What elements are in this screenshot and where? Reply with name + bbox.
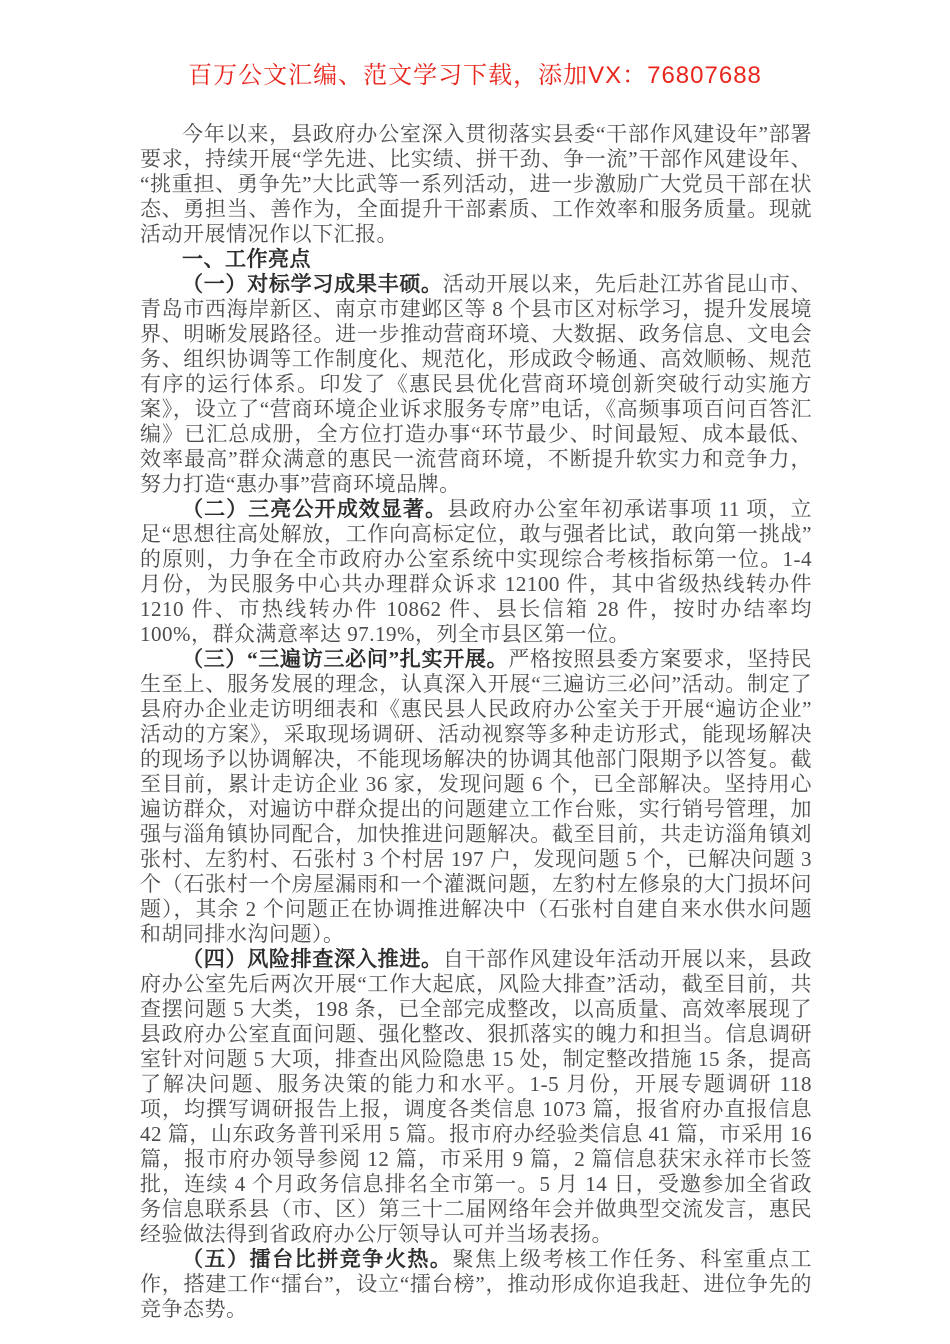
document-page: 百万公文汇编、范文学习下载，添加VX：76807688 今年以来，县政府办公室深… [0, 0, 950, 1344]
item-paragraph-5: （五）擂台比拼竞争火热。聚焦上级考核工作任务、科室重点工作，搭建工作“擂台”，设… [140, 1247, 812, 1322]
intro-paragraph: 今年以来，县政府办公室深入贯彻落实县委“干部作风建设年”部署要求，持续开展“学先… [140, 122, 812, 247]
item-4-lead: （四）风险排查深入推进。 [182, 947, 443, 971]
item-paragraph-3: （三）“三遍访三必问”扎实开展。严格按照县委方案要求，坚持民生至上、服务发展的理… [140, 647, 812, 947]
section-heading: 一、工作亮点 [140, 247, 812, 272]
item-paragraph-4: （四）风险排查深入推进。自干部作风建设年活动开展以来，县政府办公室先后两次开展“… [140, 947, 812, 1247]
document-body: 今年以来，县政府办公室深入贯彻落实县委“干部作风建设年”部署要求，持续开展“学先… [140, 122, 812, 1322]
item-paragraph-1: （一）对标学习成果丰硕。活动开展以来，先后赴江苏省昆山市、青岛市西海岸新区、南京… [140, 272, 812, 497]
promo-banner: 百万公文汇编、范文学习下载，添加VX：76807688 [0, 0, 950, 92]
item-5-lead: （五）擂台比拼竞争火热。 [182, 1247, 452, 1271]
item-1-body: 活动开展以来，先后赴江苏省昆山市、青岛市西海岸新区、南京市建邺区等 8 个县市区… [140, 272, 812, 496]
item-1-lead: （一）对标学习成果丰硕。 [182, 272, 443, 296]
item-3-lead: （三）“三遍访三必问”扎实开展。 [182, 647, 508, 671]
item-4-body: 自干部作风建设年活动开展以来，县政府办公室先后两次开展“工作大起底，风险大排查”… [140, 947, 812, 1246]
item-2-lead: （二）三亮公开成效显著。 [182, 497, 447, 521]
item-paragraph-2: （二）三亮公开成效显著。县政府办公室年初承诺事项 11 项，立足“思想往高处解放… [140, 497, 812, 647]
item-3-body: 严格按照县委方案要求，坚持民生至上、服务发展的理念，认真深入开展“三遍访三必问”… [140, 647, 812, 946]
